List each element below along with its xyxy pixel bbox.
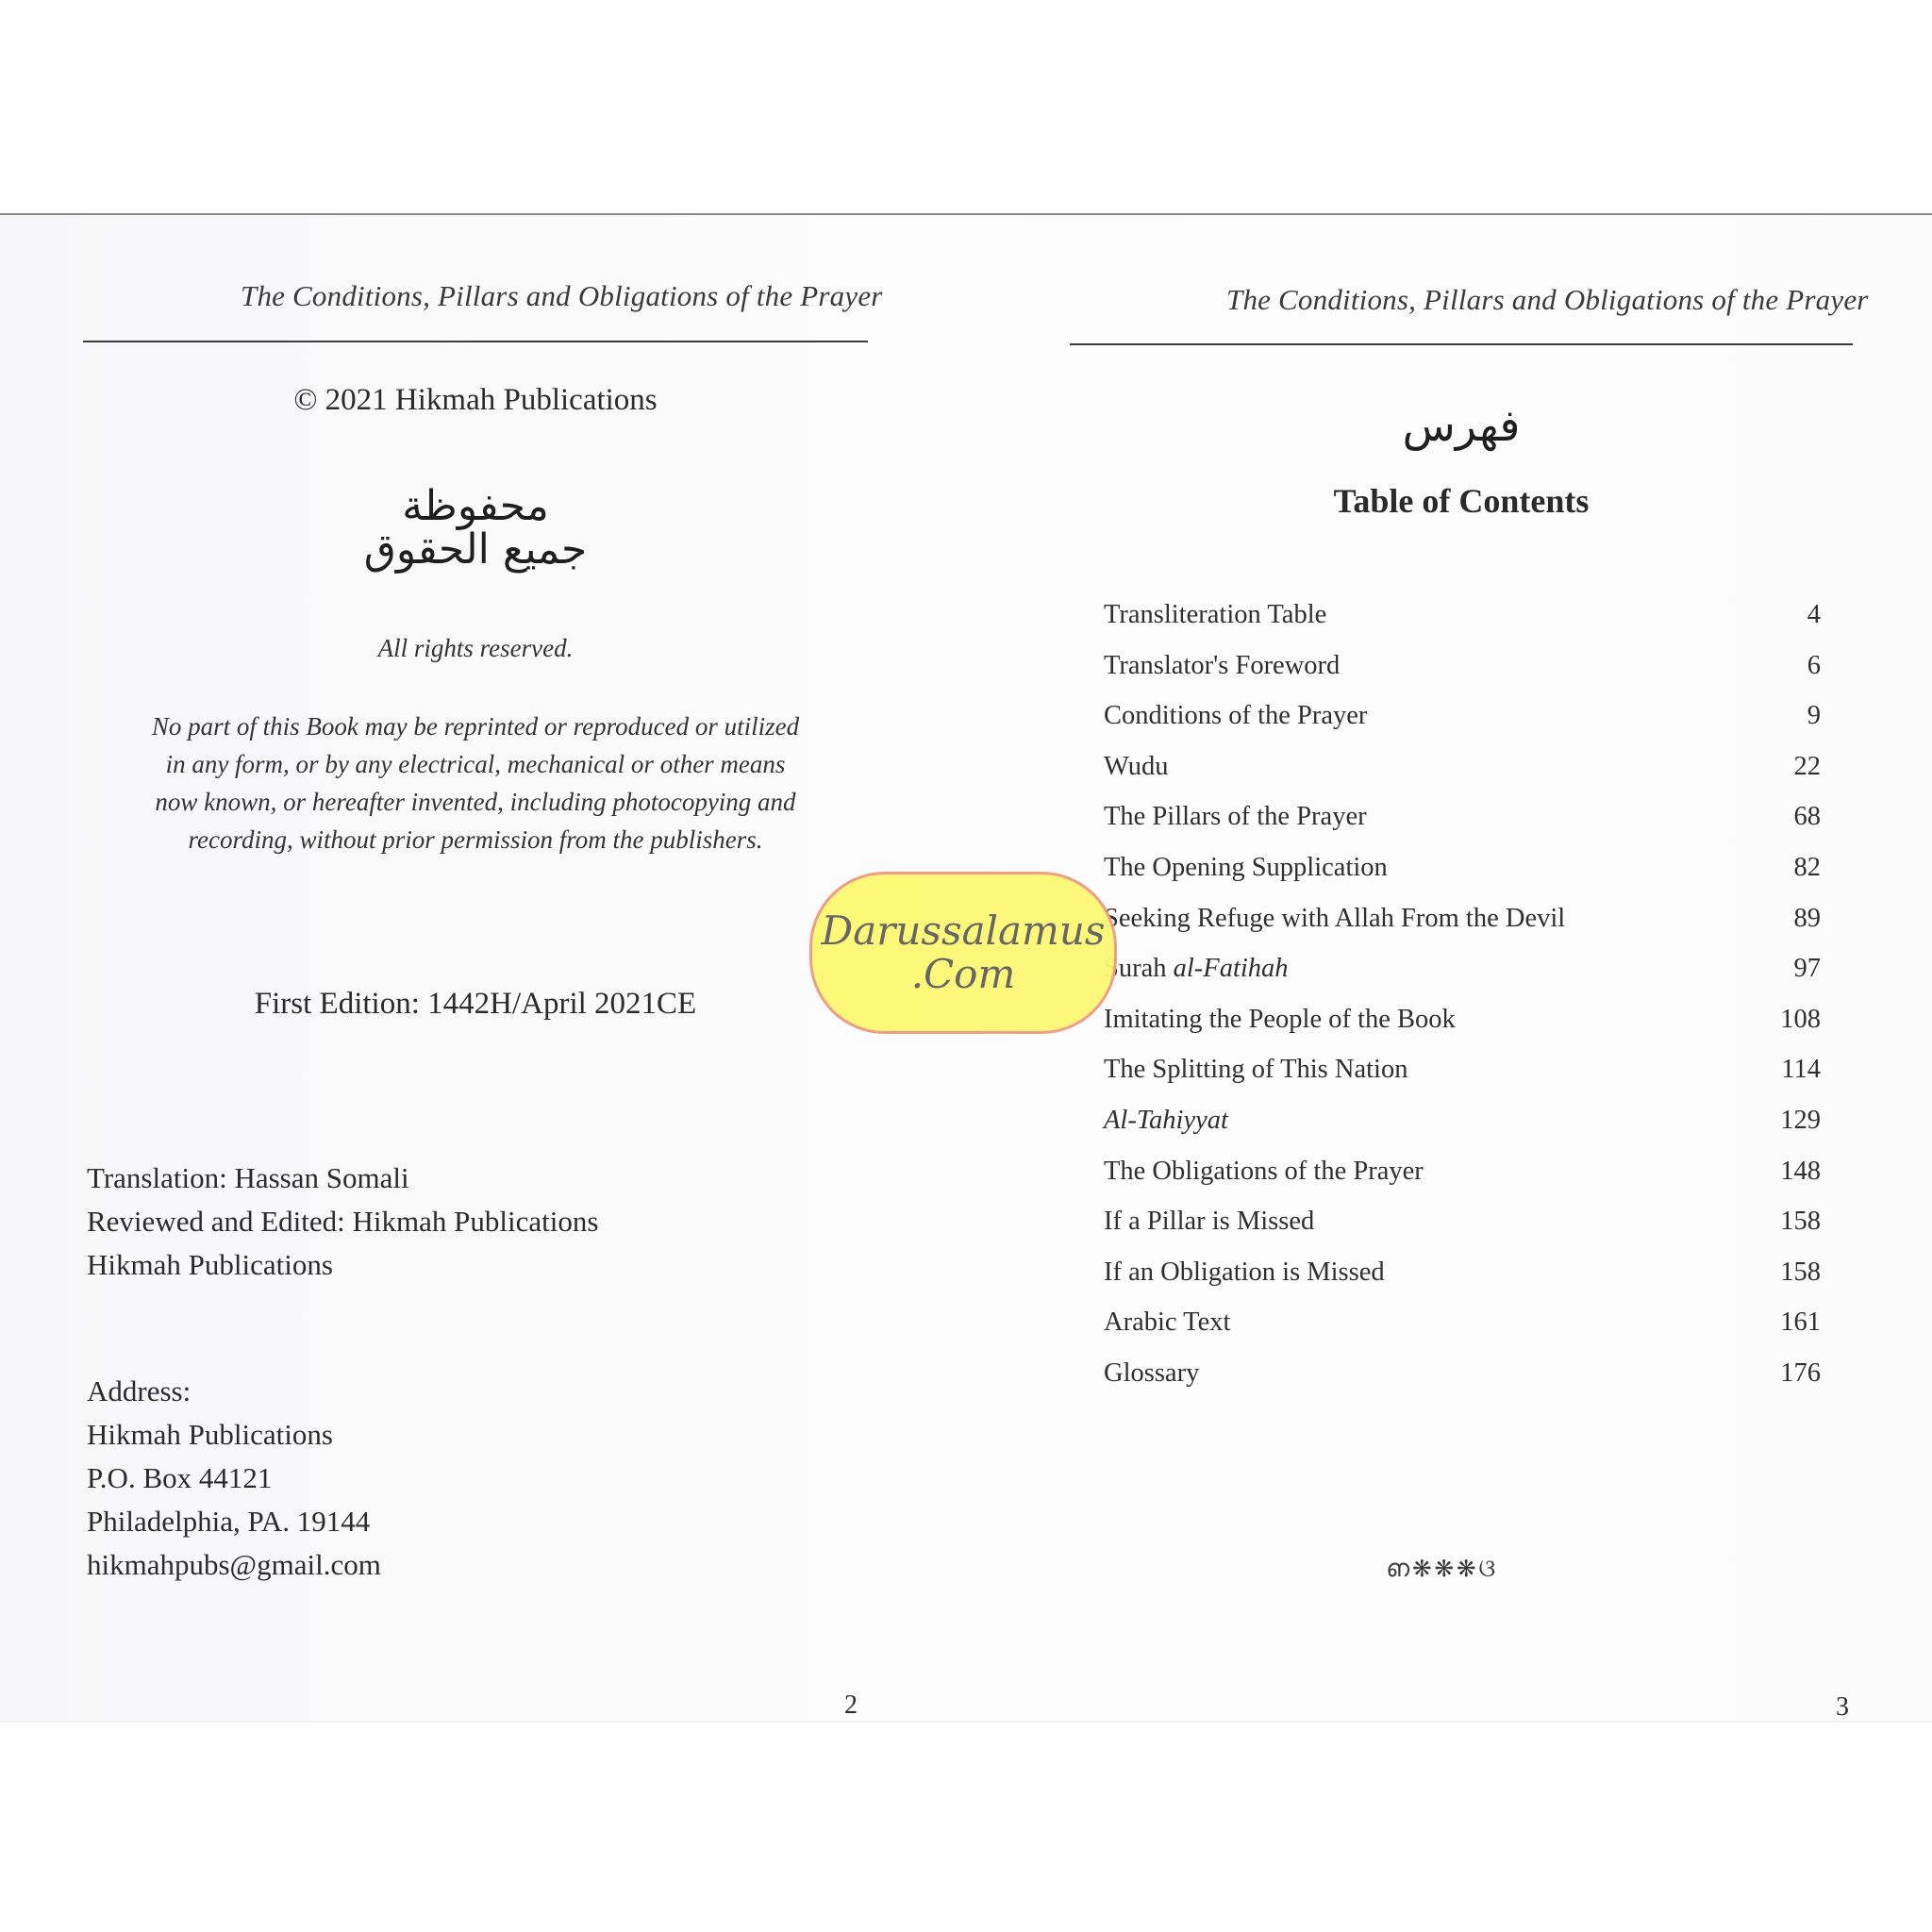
toc-entry-page: 97: [1764, 954, 1821, 984]
toc-entry-title: Imitating the People of the Book: [1104, 1005, 1456, 1035]
address-po-box: P.O. Box 44121: [87, 1457, 381, 1500]
toc-entry-title-text: The Obligations of the Prayer: [1104, 1157, 1424, 1186]
darussalamus-watermark: Darussalamus .Com: [809, 872, 1117, 1034]
toc-entry-title: Conditions of the Prayer: [1104, 701, 1367, 731]
toc-entry-title: Translator's Foreword: [1104, 651, 1340, 681]
credit-publisher: Hikmah Publications: [87, 1243, 598, 1287]
toc-entry-page: 4: [1764, 600, 1821, 630]
address-city: Philadelphia, PA. 19144: [87, 1500, 381, 1543]
toc-entry-title-text: Arabic Text: [1104, 1307, 1230, 1337]
toc-entry: If a Pillar is Missed158: [1104, 1207, 1821, 1257]
toc-entry: Conditions of the Prayer9: [1104, 701, 1821, 752]
toc-entry-page: 129: [1764, 1106, 1821, 1136]
toc-title: Table of Contents: [1070, 481, 1853, 521]
toc-entry-title-text: Wudu: [1104, 752, 1169, 781]
toc-entry-title: The Opening Supplication: [1104, 853, 1388, 883]
toc-arabic-title: فهرس: [1070, 400, 1853, 451]
notice-line: recording, without prior permission from…: [83, 821, 868, 858]
notice-line: No part of this Book may be reprinted or…: [83, 708, 868, 745]
credits-block: Translation: Hassan Somali Reviewed and …: [87, 1157, 598, 1287]
toc-entry-title: The Obligations of the Prayer: [1104, 1157, 1424, 1187]
toc-entry-title-text: The Opening Supplication: [1104, 853, 1388, 882]
toc-entry-title-text: Conditions of the Prayer: [1104, 701, 1367, 730]
header-rule-right: [1070, 343, 1853, 345]
toc-entry-title: The Splitting of This Nation: [1104, 1055, 1407, 1085]
address-email: hikmahpubs@gmail.com: [87, 1543, 381, 1587]
toc-entry: Glossary176: [1104, 1358, 1821, 1409]
toc-entry: Imitating the People of the Book108: [1104, 1005, 1821, 1056]
reproduction-notice: No part of this Book may be reprinted or…: [83, 708, 868, 858]
toc-entry-title: Surah al-Fatihah: [1104, 954, 1289, 984]
toc-entry-page: 148: [1764, 1157, 1821, 1187]
toc-entry: Seeking Refuge with Allah From the Devil…: [1104, 904, 1821, 955]
ornament-divider: ഩ❋❋❋ଓ: [1387, 1555, 1498, 1584]
toc-entry-page: 161: [1764, 1307, 1821, 1338]
running-head-left: The Conditions, Pillars and Obligations …: [241, 279, 883, 313]
toc-entry-page: 68: [1764, 802, 1821, 832]
toc-entry-page: 158: [1764, 1207, 1821, 1237]
credit-reviewed: Reviewed and Edited: Hikmah Publications: [87, 1200, 598, 1243]
toc-entry-title-text: Seeking Refuge with Allah From the Devil: [1104, 904, 1565, 933]
watermark-line-1: Darussalamus: [822, 909, 1106, 953]
page-number-left: 2: [844, 1690, 858, 1721]
toc-entry: Wudu22: [1104, 752, 1821, 803]
toc-entry-title: Transliteration Table: [1104, 600, 1326, 630]
edition-line: First Edition: 1442H/April 2021CE: [83, 987, 868, 1022]
address-label: Address:: [87, 1370, 381, 1413]
watermark-line-2: .Com: [911, 953, 1016, 996]
toc-entry: Surah al-Fatihah97: [1104, 954, 1821, 1005]
toc-entry-page: 89: [1764, 904, 1821, 934]
toc-entry-page: 9: [1764, 701, 1821, 731]
toc-entry-title-text: The Pillars of the Prayer: [1104, 802, 1367, 831]
toc-entry: The Obligations of the Prayer148: [1104, 1157, 1821, 1207]
arabic-rights-seal: محفوظة جميع الحقوق: [83, 485, 868, 572]
address-block: Address: Hikmah Publications P.O. Box 44…: [87, 1370, 381, 1587]
toc-entry-title-text: Imitating the People of the Book: [1104, 1005, 1456, 1034]
notice-line: in any form, or by any electrical, mecha…: [83, 745, 868, 783]
toc-entry: The Opening Supplication82: [1104, 853, 1821, 904]
toc-entry-page: 158: [1764, 1257, 1821, 1288]
page-number-right: 3: [1836, 1692, 1849, 1723]
header-rule-left: [83, 341, 868, 342]
toc-entry: Arabic Text161: [1104, 1307, 1821, 1358]
toc-entry-title-text: The Splitting of This Nation: [1104, 1055, 1407, 1084]
toc-entry-title: If an Obligation is Missed: [1104, 1257, 1385, 1288]
toc-entry-title: The Pillars of the Prayer: [1104, 802, 1367, 832]
toc-entry-title: Seeking Refuge with Allah From the Devil: [1104, 904, 1565, 934]
toc-entry-title-text: Translator's Foreword: [1104, 651, 1340, 680]
arabic-seal-line-2: جميع الحقوق: [83, 528, 868, 572]
toc-entry: The Pillars of the Prayer68: [1104, 802, 1821, 853]
toc-entry-page: 22: [1764, 752, 1821, 782]
toc-entry-page: 114: [1764, 1055, 1821, 1085]
toc-list: Transliteration Table4Translator's Forew…: [1104, 600, 1821, 1409]
toc-entry-title-text: If an Obligation is Missed: [1104, 1257, 1385, 1287]
credit-translation: Translation: Hassan Somali: [87, 1157, 598, 1200]
running-head-right: The Conditions, Pillars and Obligations …: [1226, 283, 1869, 317]
toc-entry-page: 108: [1764, 1005, 1821, 1035]
toc-entry: The Splitting of This Nation114: [1104, 1055, 1821, 1106]
toc-entry-title-italic: al-Fatihah: [1174, 954, 1289, 983]
toc-entry-page: 82: [1764, 853, 1821, 883]
toc-entry: If an Obligation is Missed158: [1104, 1257, 1821, 1308]
toc-entry-title: If a Pillar is Missed: [1104, 1207, 1314, 1237]
toc-entry: Al-Tahiyyat129: [1104, 1106, 1821, 1157]
toc-entry: Transliteration Table4: [1104, 600, 1821, 651]
toc-entry-title: Glossary: [1104, 1358, 1199, 1389]
toc-entry-title-text: Glossary: [1104, 1358, 1199, 1388]
toc-entry-title: Arabic Text: [1104, 1307, 1230, 1338]
toc-entry-title: Wudu: [1104, 752, 1169, 782]
copyright-line: © 2021 Hikmah Publications: [83, 383, 868, 418]
toc-entry-title-text: Transliteration Table: [1104, 600, 1326, 629]
toc-entry-title: Al-Tahiyyat: [1104, 1106, 1228, 1136]
all-rights-reserved: All rights reserved.: [83, 634, 868, 663]
toc-entry-page: 176: [1764, 1358, 1821, 1389]
arabic-seal-line-1: محفوظة: [83, 485, 868, 528]
notice-line: now known, or hereafter invented, includ…: [83, 783, 868, 821]
toc-entry-title-text: If a Pillar is Missed: [1104, 1207, 1314, 1236]
toc-entry: Translator's Foreword6: [1104, 651, 1821, 702]
toc-entry-page: 6: [1764, 651, 1821, 681]
toc-entry-title-italic: Al-Tahiyyat: [1104, 1106, 1228, 1135]
address-name: Hikmah Publications: [87, 1413, 381, 1457]
